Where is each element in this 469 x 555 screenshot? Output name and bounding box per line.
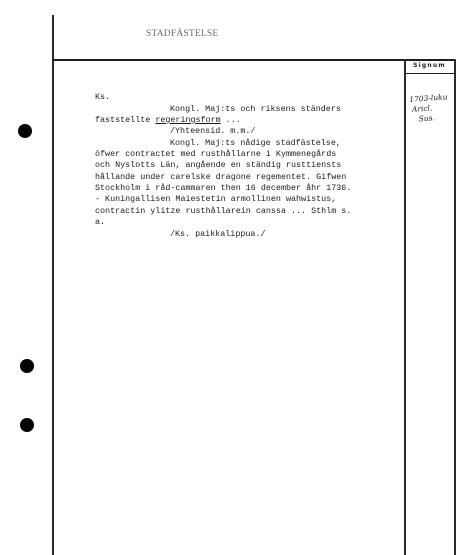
text-line: Ks. bbox=[95, 92, 110, 103]
punch-hole-3 bbox=[20, 418, 34, 432]
punch-hole-2 bbox=[20, 359, 34, 373]
signum-column-left-rule bbox=[404, 60, 406, 555]
text-line: contractin ylitze rusthållarein canssa .… bbox=[95, 206, 351, 217]
card-title: STADFÄSTELSE bbox=[146, 29, 218, 39]
header-rule bbox=[53, 59, 454, 61]
text-fragment: ... bbox=[221, 115, 241, 125]
text-line: Kongl. Maj:ts nådige stadfästelse, bbox=[170, 138, 341, 149]
signum-column-right-rule bbox=[454, 59, 456, 555]
text-line: Kongl. Maj:ts och riksens ständers bbox=[170, 104, 341, 115]
text-line: öfwer contractet med rusthållarne i Kymm… bbox=[95, 149, 336, 160]
text-line: faststellte regeringsform ... bbox=[95, 115, 241, 126]
text-fragment: faststellte bbox=[95, 115, 155, 125]
text-line: a. bbox=[95, 217, 105, 228]
signum-header-rule bbox=[404, 73, 455, 74]
signum-label: Signum bbox=[405, 62, 454, 69]
text-line: - Kuningallisen Maiestetin armollinen wa… bbox=[95, 194, 336, 205]
underlined-term: regeringsform bbox=[155, 115, 220, 125]
document-body: Ks. Kongl. Maj:ts och riksens ständers f… bbox=[0, 0, 10, 160]
text-line: /Yhteensid. m.m./ bbox=[170, 126, 255, 137]
left-margin-rule bbox=[52, 15, 54, 555]
text-line: och Nyslotts Län, angående en ständig ru… bbox=[95, 160, 341, 171]
text-line: Stockholm i råd-cammaren then 16 decembe… bbox=[95, 183, 351, 194]
text-line: hållande under carelske dragone regement… bbox=[95, 172, 346, 183]
punch-hole-1 bbox=[18, 124, 32, 138]
signum-handwritten-note: 1703-luku Aricl. Sus. bbox=[409, 92, 449, 125]
text-line: /Ks. paikkalippua./ bbox=[170, 229, 266, 240]
